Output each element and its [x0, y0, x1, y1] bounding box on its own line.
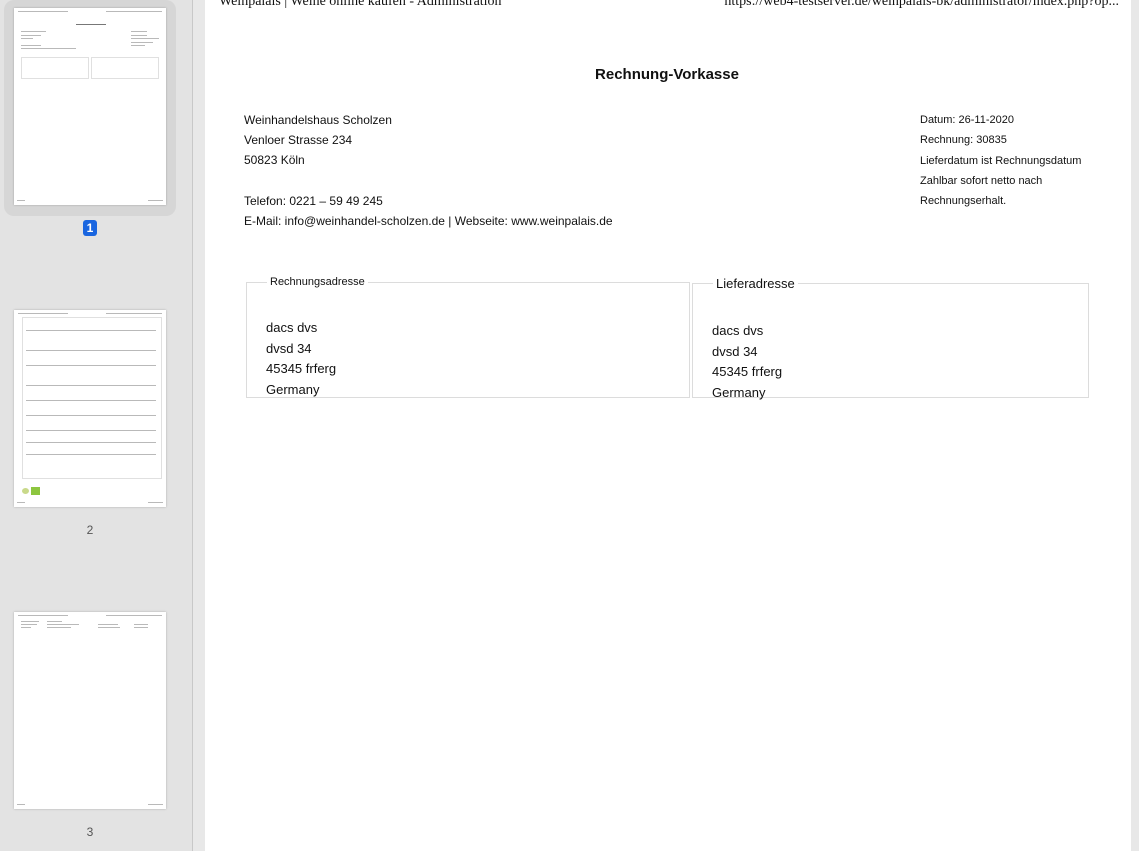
sender-phone: Telefon: 0221 – 59 49 245: [244, 191, 613, 211]
page-thumbnail-image: [14, 8, 166, 205]
invoice-date: Datum: 26-11-2020: [920, 110, 1081, 130]
page-thumbnail-3[interactable]: [4, 604, 176, 814]
sender-city: 50823 Köln: [244, 150, 613, 170]
shipping-country: Germany: [712, 383, 782, 404]
invoice-meta: Datum: 26-11-2020 Rechnung: 30835 Liefer…: [920, 110, 1081, 211]
print-header-title: Weinpalais | Weine online kaufen - Admin…: [219, 0, 502, 10]
billing-address-box: Rechnungsadresse dacs dvs dvsd 34 45345 …: [246, 276, 690, 398]
sender-street: Venloer Strasse 234: [244, 130, 613, 150]
billing-country: Germany: [266, 380, 336, 401]
billing-street: dvsd 34: [266, 339, 336, 360]
viewer-gutter: [193, 0, 205, 851]
page-thumbnail-2[interactable]: [4, 302, 176, 512]
shipping-address-legend: Lieferadresse: [713, 276, 798, 291]
page-number-2[interactable]: 2: [0, 522, 180, 538]
document-page: Weinpalais | Weine online kaufen - Admin…: [205, 0, 1131, 851]
shipping-name: dacs dvs: [712, 321, 782, 342]
payment-terms: Zahlbar sofort netto nach: [920, 171, 1081, 191]
invoice-title: Rechnung-Vorkasse: [205, 66, 1129, 83]
page-number-1[interactable]: 1: [0, 220, 180, 236]
invoice-number: Rechnung: 30835: [920, 130, 1081, 150]
shipping-address-box: Lieferadresse dacs dvs dvsd 34 45345 frf…: [692, 276, 1089, 398]
page-thumbnail-image: [14, 310, 166, 507]
page-thumbnail-image: [14, 612, 166, 809]
delivery-note: Lieferdatum ist Rechnungsdatum: [920, 151, 1081, 171]
billing-name: dacs dvs: [266, 318, 336, 339]
sender-block: Weinhandelshaus Scholzen Venloer Strasse…: [244, 110, 613, 231]
thumbnail-sidebar: 1 2 3: [0, 0, 193, 851]
print-header-url: https://web4-testserver.de/weinpalais-bk…: [724, 0, 1119, 10]
billing-address-legend: Rechnungsadresse: [267, 276, 368, 288]
billing-city: 45345 frferg: [266, 359, 336, 380]
sender-company: Weinhandelshaus Scholzen: [244, 110, 613, 130]
page-thumbnail-1[interactable]: [4, 0, 176, 216]
shipping-city: 45345 frferg: [712, 362, 782, 383]
viewer-right-gutter: [1131, 0, 1139, 851]
sender-contact: E-Mail: info@weinhandel-scholzen.de | We…: [244, 211, 613, 231]
payment-terms-cont: Rechnungserhalt.: [920, 191, 1081, 211]
page-number-3[interactable]: 3: [0, 824, 180, 840]
shipping-street: dvsd 34: [712, 342, 782, 363]
